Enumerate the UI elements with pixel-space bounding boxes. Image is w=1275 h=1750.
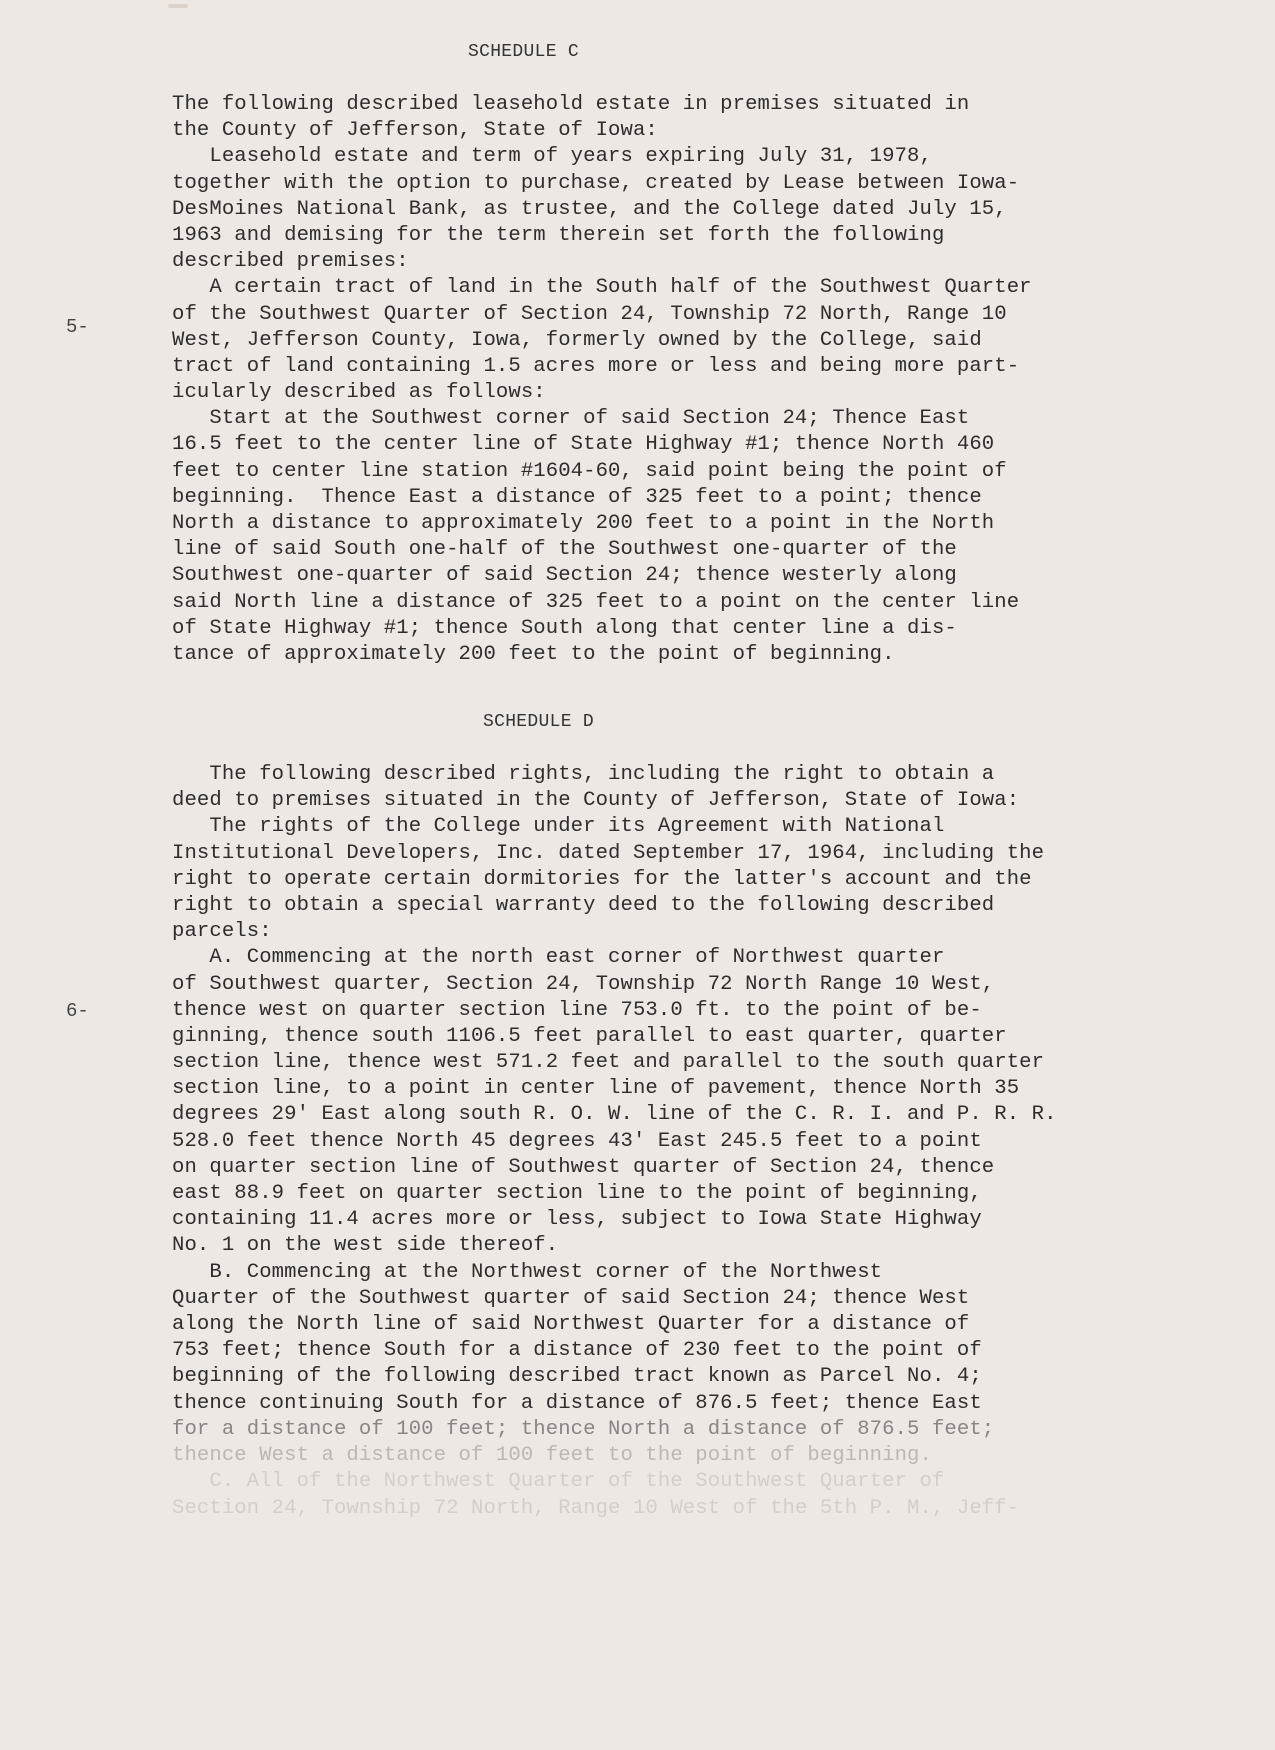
text-line: The following described rights, includin… xyxy=(172,762,1182,788)
text-line: right to obtain a special warranty deed … xyxy=(172,893,1182,919)
text-line: along the North line of said Northwest Q… xyxy=(172,1312,1182,1338)
text-line: together with the option to purchase, cr… xyxy=(172,171,1182,197)
text-line: line of said South one-half of the South… xyxy=(172,537,1182,563)
text-line: feet to center line station #1604-60, sa… xyxy=(172,459,1182,485)
text-line: DesMoines National Bank, as trustee, and… xyxy=(172,197,1182,223)
text-line: 16.5 feet to the center line of State Hi… xyxy=(172,432,1182,458)
text-line: 753 feet; thence South for a distance of… xyxy=(172,1338,1182,1364)
text-line: beginning. Thence East a distance of 325… xyxy=(172,485,1182,511)
text-line: B. Commencing at the Northwest corner of… xyxy=(172,1260,1182,1286)
text-line: Leasehold estate and term of years expir… xyxy=(172,144,1182,170)
text-line: east 88.9 feet on quarter section line t… xyxy=(172,1181,1182,1207)
text-line: beginning of the following described tra… xyxy=(172,1364,1182,1390)
text-line: of State Highway #1; thence South along … xyxy=(172,616,1182,642)
text-line: thence continuing South for a distance o… xyxy=(172,1391,1182,1417)
text-line: icularly described as follows: xyxy=(172,380,1182,406)
margin-marker-6: 6- xyxy=(66,1000,89,1022)
text-line: North a distance to approximately 200 fe… xyxy=(172,511,1182,537)
text-line: A certain tract of land in the South hal… xyxy=(172,275,1182,301)
text-line: right to operate certain dormitories for… xyxy=(172,867,1182,893)
text-line: degrees 29' East along south R. O. W. li… xyxy=(172,1102,1182,1128)
text-line: said North line a distance of 325 feet t… xyxy=(172,590,1182,616)
schedule-c-heading: SCHEDULE C xyxy=(468,42,579,62)
text-line: section line, to a point in center line … xyxy=(172,1076,1182,1102)
text-line: West, Jefferson County, Iowa, formerly o… xyxy=(172,328,1182,354)
text-line: 1963 and demising for the term therein s… xyxy=(172,223,1182,249)
schedule-d-body: The following described rights, includin… xyxy=(172,762,1182,1417)
text-line: The following described leasehold estate… xyxy=(172,92,1182,118)
text-line: the County of Jefferson, State of Iowa: xyxy=(172,118,1182,144)
text-line: 528.0 feet thence North 45 degrees 43' E… xyxy=(172,1129,1182,1155)
schedule-d-heading: SCHEDULE D xyxy=(483,712,594,732)
text-line: on quarter section line of Southwest qua… xyxy=(172,1155,1182,1181)
text-line: thence West a distance of 100 feet to th… xyxy=(172,1443,1182,1469)
text-line: described premises: xyxy=(172,249,1182,275)
text-line: of the Southwest Quarter of Section 24, … xyxy=(172,302,1182,328)
text-line: The rights of the College under its Agre… xyxy=(172,814,1182,840)
text-line: No. 1 on the west side thereof. xyxy=(172,1233,1182,1259)
schedule-d-faded-text: for a distance of 100 feet; thence North… xyxy=(172,1417,1182,1522)
text-line: A. Commencing at the north east corner o… xyxy=(172,945,1182,971)
text-line: ginning, thence south 1106.5 feet parall… xyxy=(172,1024,1182,1050)
text-line: for a distance of 100 feet; thence North… xyxy=(172,1417,1182,1443)
text-line: deed to premises situated in the County … xyxy=(172,788,1182,814)
text-line: Institutional Developers, Inc. dated Sep… xyxy=(172,841,1182,867)
text-line: containing 11.4 acres more or less, subj… xyxy=(172,1207,1182,1233)
text-line: thence west on quarter section line 753.… xyxy=(172,998,1182,1024)
text-line: parcels: xyxy=(172,919,1182,945)
text-line: Section 24, Township 72 North, Range 10 … xyxy=(172,1496,1182,1522)
schedule-c-body: The following described leasehold estate… xyxy=(172,92,1182,668)
document-page: SCHEDULE C 5- The following described le… xyxy=(0,0,1275,1750)
text-line: section line, thence west 571.2 feet and… xyxy=(172,1050,1182,1076)
text-line: Quarter of the Southwest quarter of said… xyxy=(172,1286,1182,1312)
text-line: tract of land containing 1.5 acres more … xyxy=(172,354,1182,380)
text-line: tance of approximately 200 feet to the p… xyxy=(172,642,1182,668)
margin-marker-5: 5- xyxy=(66,316,89,338)
paper-smudge xyxy=(168,4,188,8)
text-line: C. All of the Northwest Quarter of the S… xyxy=(172,1469,1182,1495)
text-line: Southwest one-quarter of said Section 24… xyxy=(172,563,1182,589)
text-line: Start at the Southwest corner of said Se… xyxy=(172,406,1182,432)
text-line: of Southwest quarter, Section 24, Townsh… xyxy=(172,972,1182,998)
